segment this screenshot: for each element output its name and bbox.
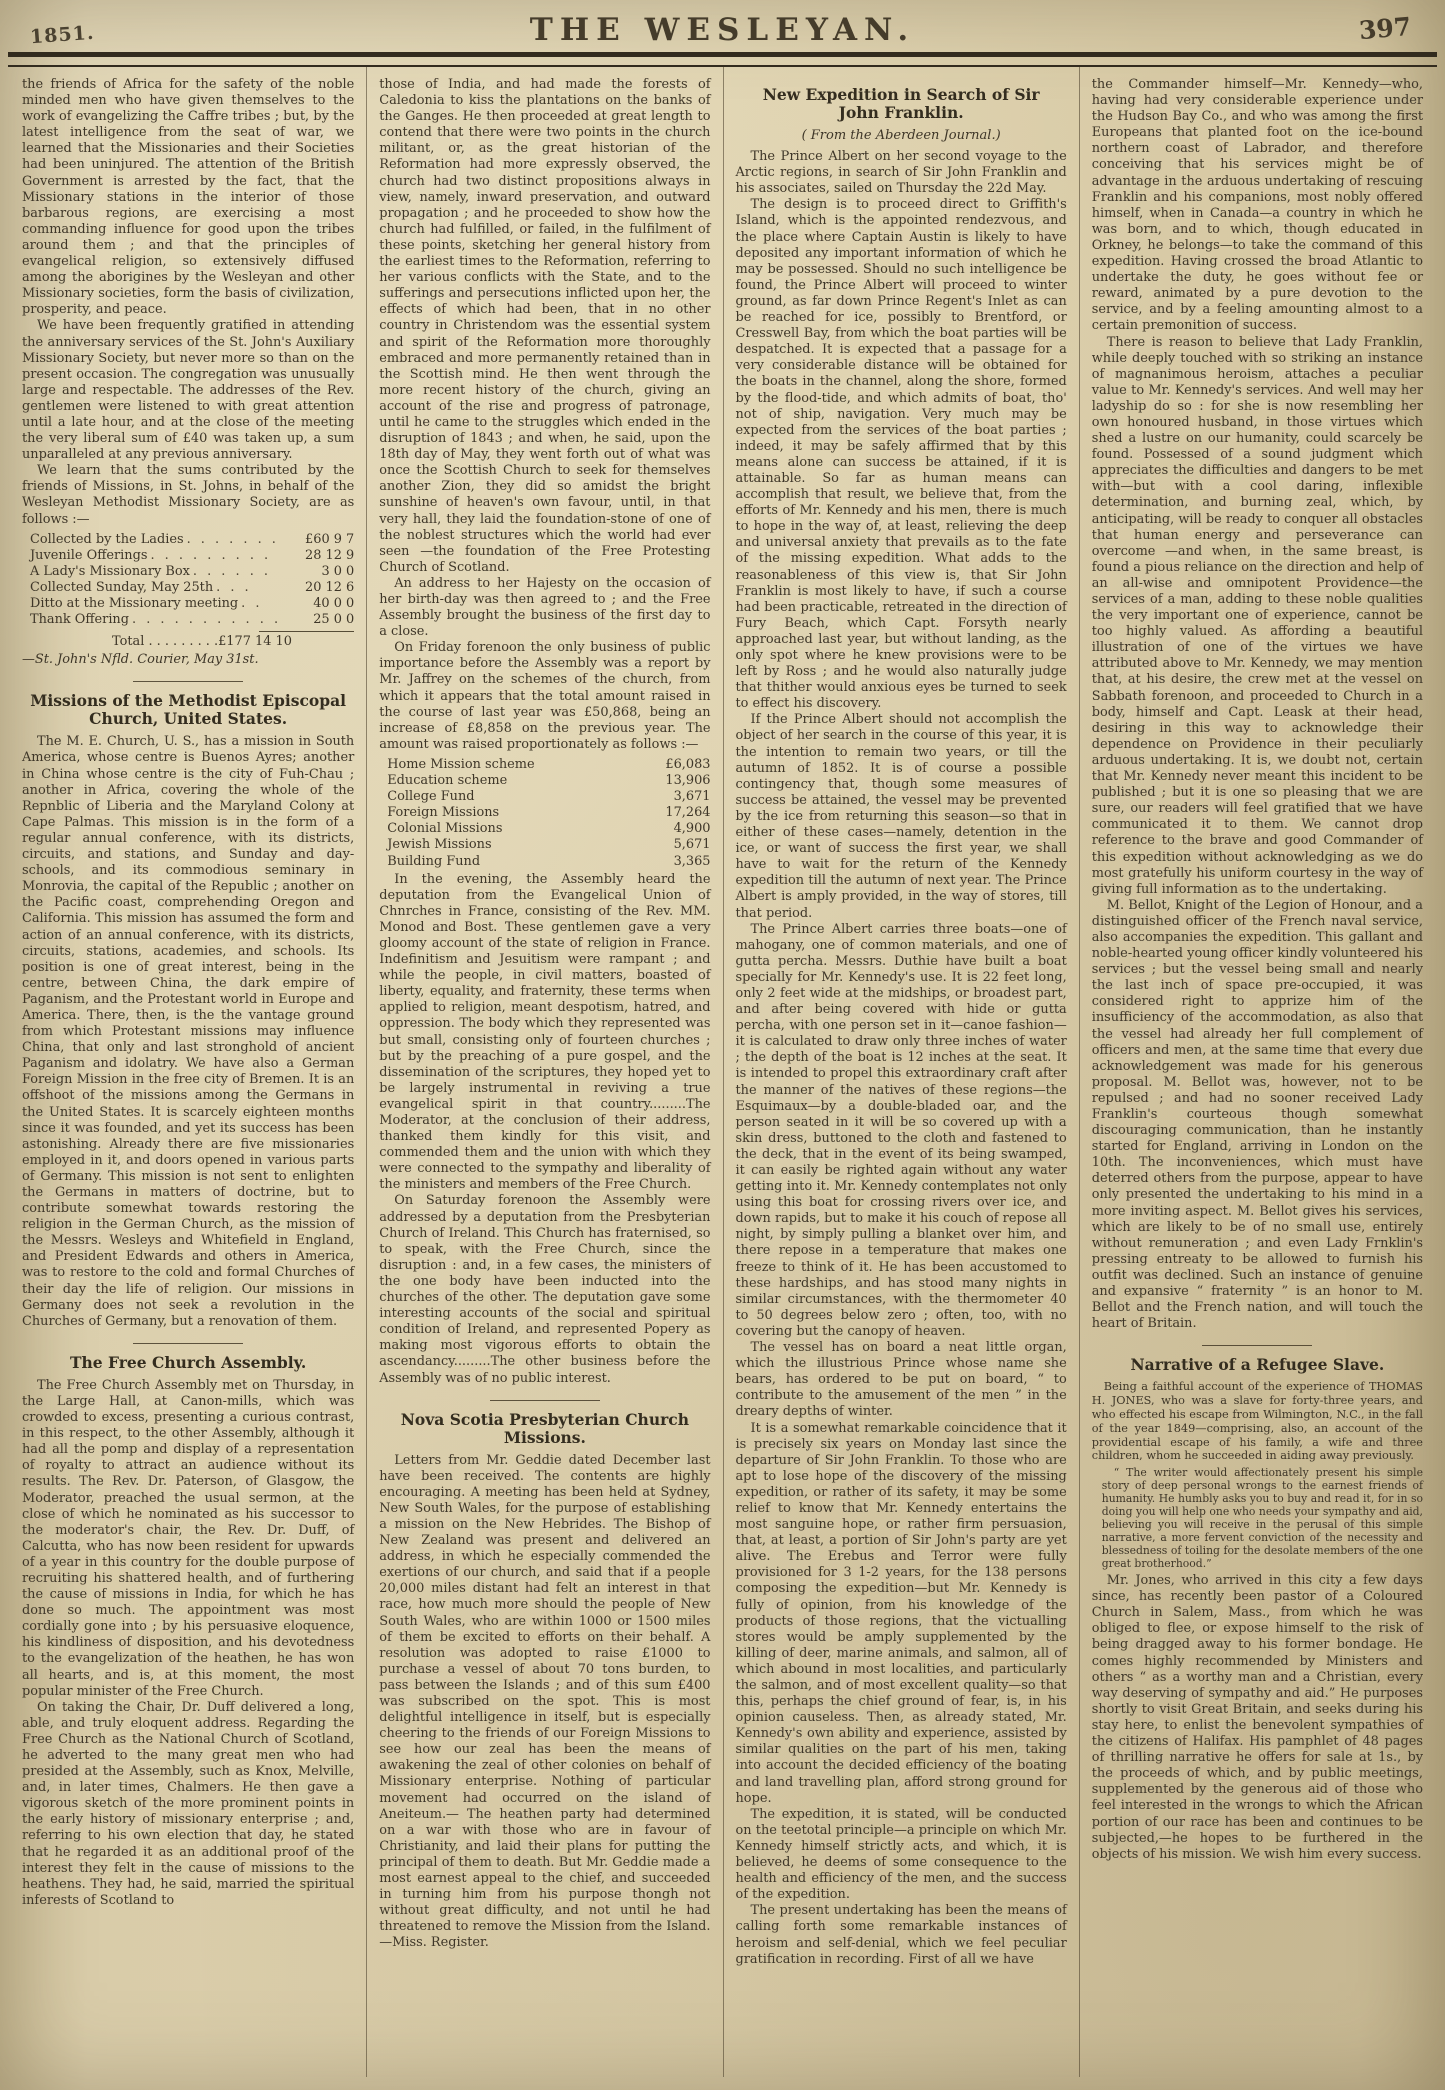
paragraph: It is a somewhat remarkable coincidence …	[736, 1421, 1067, 1807]
paragraph: The design is to proceed direct to Griff…	[736, 197, 1067, 712]
column-4: the Commander himself—Mr. Kennedy—who, h…	[1079, 67, 1435, 2077]
article-heading: The Free Church Assembly.	[28, 1354, 348, 1372]
ledger-label: Thank Offering	[30, 612, 129, 628]
ledger-row: Foreign Missions17,264	[387, 805, 710, 821]
paragraph: We have been frequently gratified in att…	[22, 318, 354, 463]
article-heading: Nova Scotia Presbyterian Church Missions…	[385, 1411, 704, 1447]
ledger-row: Colonial Missions4,900	[387, 821, 710, 837]
ledger-label: Jewish Missions	[387, 837, 491, 853]
paragraph: If the Prince Albert should not accompli…	[736, 712, 1067, 921]
paragraph: The vessel has on board a neat little or…	[736, 1340, 1067, 1420]
paragraph: On Friday forenoon the only business of …	[379, 640, 710, 753]
attribution-line: —St. John's Nfld. Courier, May 31st.	[22, 652, 354, 668]
ledger-label: Foreign Missions	[387, 805, 499, 821]
paragraph-continuation: the friends of Africa for the safety of …	[22, 77, 354, 318]
ledger-table: Home Mission scheme£6,083Education schem…	[387, 757, 710, 870]
ledger-amount: 5,671	[674, 837, 711, 853]
ledger-label: Home Mission scheme	[387, 757, 534, 773]
paragraph: The Prince Albert on her second voyage t…	[736, 149, 1067, 197]
paragraph: The present undertaking has been the mea…	[736, 1903, 1067, 1967]
section-divider-rule	[133, 1343, 243, 1345]
newspaper-page: 1851. THE WESLEYAN. 397 the friends of A…	[0, 0, 1445, 2090]
quoted-extract: “ The writer would affectionately presen…	[1102, 1466, 1423, 1570]
ledger-amount: 13,906	[665, 773, 710, 789]
ledger-row: Collected by the Ladies. . . . . . .£60 …	[30, 532, 354, 548]
article-heading: Narrative of a Refugee Slave.	[1098, 1356, 1417, 1374]
paragraph: On Saturday forenoon the Assembly were a…	[379, 1193, 710, 1386]
ledger-label: Collected by the Ladies	[30, 532, 184, 548]
article-heading: Missions of the Methodist Episcopal Chur…	[28, 692, 348, 728]
ledger-label: Ditto at the Missionary meeting	[30, 596, 238, 612]
paragraph: There is reason to believe that Lady Fra…	[1092, 335, 1423, 898]
ledger-row: Juvenile Offerings. . . . . . . . .28 12…	[30, 548, 354, 564]
paragraph: In the evening, the Assembly heard the d…	[379, 872, 710, 1194]
ledger-dot-leader: . . . . . . . . .	[147, 548, 305, 564]
ledger-amount: 25 0 0	[313, 612, 354, 628]
section-divider-rule	[133, 681, 243, 683]
ledger-amount: 40 0 0	[313, 596, 354, 612]
paragraph: The Free Church Assembly met on Thursday…	[22, 1378, 354, 1700]
column-3: New Expedition in Search of Sir John Fra…	[723, 67, 1079, 2077]
ledger-dot-leader: . . . . . . . . . . .	[129, 612, 313, 628]
section-divider-rule	[490, 1400, 600, 1402]
ledger-label: College Fund	[387, 789, 474, 805]
section-divider-rule	[1202, 1345, 1312, 1347]
column-1: the friends of Africa for the safety of …	[10, 67, 366, 2077]
ledger-amount: £60 9 7	[305, 532, 354, 548]
ledger-amount: 28 12 9	[305, 548, 354, 564]
ledger-row: Thank Offering. . . . . . . . . . .25 0 …	[30, 612, 354, 628]
paragraph: The expedition, it is stated, will be co…	[736, 1807, 1067, 1904]
ledger-label: Building Fund	[387, 854, 480, 870]
ledger-label: Collected Sunday, May 25th	[30, 580, 213, 596]
paragraph: Mr. Jones, who arrived in this city a fe…	[1092, 1573, 1423, 1863]
paragraph: We learn that the sums contributed by th…	[22, 463, 354, 527]
ledger-amount: 20 12 6	[305, 580, 354, 596]
ledger-table: Collected by the Ladies. . . . . . .£60 …	[30, 532, 354, 629]
ledger-row: Jewish Missions5,671	[387, 837, 710, 853]
ledger-row: College Fund3,671	[387, 789, 710, 805]
ledger-row: Education scheme13,906	[387, 773, 710, 789]
ledger-row: Collected Sunday, May 25th. . .20 12 6	[30, 580, 354, 596]
ledger-amount: £6,083	[665, 757, 710, 773]
ledger-row: Home Mission scheme£6,083	[387, 757, 710, 773]
masthead-title: THE WESLEYAN.	[0, 12, 1445, 48]
ledger-dot-leader: . .	[238, 596, 313, 612]
ledger-row: Building Fund3,365	[387, 854, 710, 870]
ledger-amount: 3 0 0	[321, 564, 354, 580]
ledger-row: A Lady's Missionary Box. . . . . .3 0 0	[30, 564, 354, 580]
paragraph-continuation: those of India, and had made the forests…	[379, 77, 710, 576]
article-source-line: ( From the Aberdeen Journal.)	[736, 128, 1067, 144]
ledger-amount: 3,671	[674, 789, 711, 805]
ledger-dot-leader: . . .	[213, 580, 305, 596]
masthead-page-number: 397	[1358, 12, 1413, 45]
ledger-dot-leader: . . . . . . .	[184, 532, 305, 548]
ledger-label: Education scheme	[387, 773, 507, 789]
paragraph: M. Bellot, Knight of the Legion of Honou…	[1092, 898, 1423, 1333]
ledger-label: Juvenile Offerings	[30, 548, 147, 564]
ledger-amount: 3,365	[674, 854, 711, 870]
ledger-total-row: Total . . . . . . . . .£177 14 10	[22, 634, 354, 650]
ledger-amount: 17,264	[665, 805, 710, 821]
paragraph: On taking the Chair, Dr. Duff delivered …	[22, 1700, 354, 1909]
masthead: 1851. THE WESLEYAN. 397	[0, 0, 1445, 52]
paragraph: An address to her Hajesty on the occasio…	[379, 576, 710, 640]
paragraph: The Prince Albert carries three boats—on…	[736, 922, 1067, 1340]
article-heading: New Expedition in Search of Sir John Fra…	[742, 86, 1061, 122]
column-container: the friends of Africa for the safety of …	[10, 67, 1435, 2077]
column-2: those of India, and had made the forests…	[366, 67, 722, 2077]
ledger-label: A Lady's Missionary Box	[30, 564, 190, 580]
fine-print-intro: Being a faithful account of the experien…	[1092, 1380, 1423, 1463]
paragraph: The M. E. Church, U. S., has a mission i…	[22, 734, 354, 1329]
ledger-label: Colonial Missions	[387, 821, 502, 837]
paragraph: Letters from Mr. Geddie dated December l…	[379, 1453, 710, 1952]
masthead-double-rule	[8, 52, 1437, 67]
ledger-dot-leader: . . . . . .	[190, 564, 322, 580]
ledger-amount: 4,900	[674, 821, 711, 837]
paragraph-continuation: the Commander himself—Mr. Kennedy—who, h…	[1092, 77, 1423, 335]
ledger-row: Ditto at the Missionary meeting. .40 0 0	[30, 596, 354, 612]
